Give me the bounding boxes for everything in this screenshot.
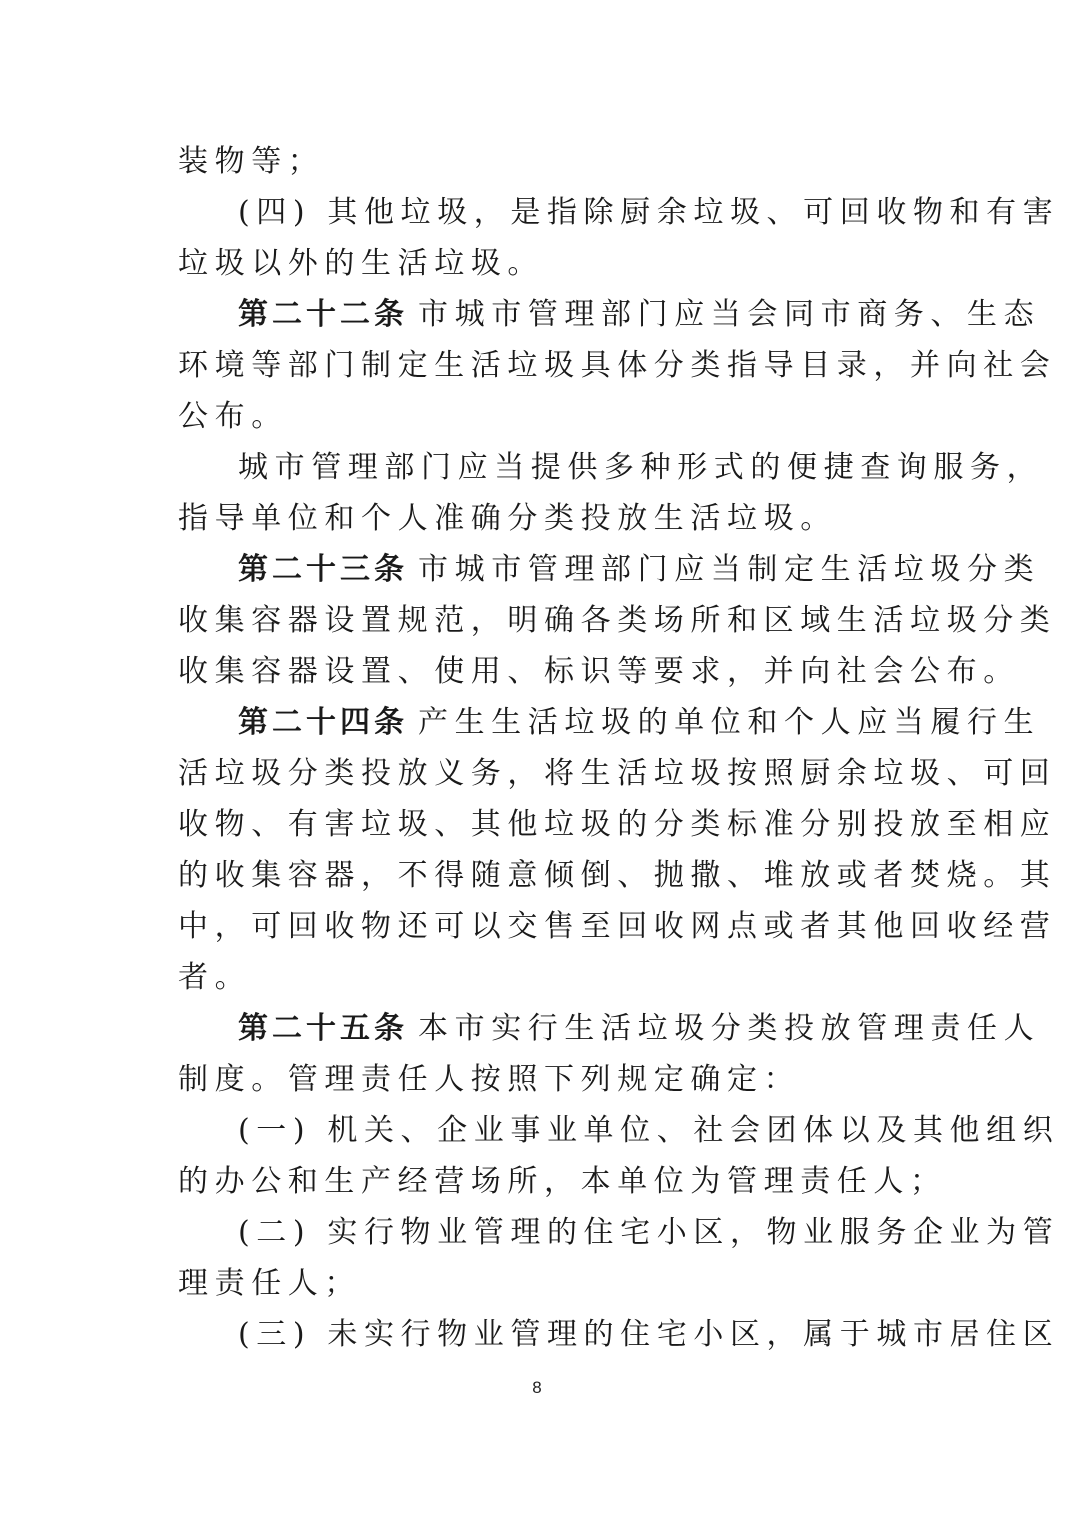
text-line: 产生生活垃圾的单位和个人应当履行生 (418, 705, 1040, 740)
text-line: 收集容器设置、使用、标识等要求，并向社会公布。 (178, 646, 878, 697)
text-line: 者。 (178, 952, 878, 1003)
text-line: 环境等部门制定生活垃圾具体分类指导目录，并向社会 (178, 340, 878, 391)
text-line: 本市实行生活垃圾分类投放管理责任人 (418, 1011, 1040, 1046)
list-item-3: (三) 未实行物业管理的住宅小区，属于城市居住区 (238, 1309, 938, 1360)
page-number: 8 (0, 1378, 1074, 1398)
text-line: 公布。 (178, 391, 878, 442)
list-item-2: (二) 实行物业管理的住宅小区，物业服务企业为管 (238, 1207, 938, 1258)
list-item-4: (四) 其他垃圾，是指除厨余垃圾、可回收物和有害 (238, 187, 938, 238)
article-number: 第二十五条 (238, 1011, 408, 1046)
text-line: 的收集容器，不得随意倾倒、抛撒、堆放或者焚烧。其 (178, 850, 878, 901)
text-line: 收物、有害垃圾、其他垃圾的分类标准分别投放至相应 (178, 799, 878, 850)
article-22: 第二十二条市城市管理部门应当会同市商务、生态 (238, 289, 938, 340)
text-line: 理责任人； (178, 1258, 878, 1309)
text-line: 活垃圾分类投放义务，将生活垃圾按照厨余垃圾、可回 (178, 748, 878, 799)
article-25: 第二十五条本市实行生活垃圾分类投放管理责任人 (238, 1003, 938, 1054)
text-line: 市城市管理部门应当会同市商务、生态 (418, 297, 1040, 332)
text-line: 装物等； (178, 136, 878, 187)
article-23: 第二十三条市城市管理部门应当制定生活垃圾分类 (238, 544, 938, 595)
text-line: 垃圾以外的生活垃圾。 (178, 238, 878, 289)
document-page: 装物等； (四) 其他垃圾，是指除厨余垃圾、可回收物和有害 垃圾以外的生活垃圾。… (0, 0, 1074, 1520)
article-24: 第二十四条产生生活垃圾的单位和个人应当履行生 (238, 697, 938, 748)
article-number: 第二十二条 (238, 297, 408, 332)
article-number: 第二十四条 (238, 705, 408, 740)
text-line: 制度。管理责任人按照下列规定确定： (178, 1054, 878, 1105)
text-line: 市城市管理部门应当制定生活垃圾分类 (418, 552, 1040, 587)
article-number: 第二十三条 (238, 552, 408, 587)
text-line: 中，可回收物还可以交售至回收网点或者其他回收经营 (178, 901, 878, 952)
paragraph: 城市管理部门应当提供多种形式的便捷查询服务， (238, 442, 938, 493)
text-line: 指导单位和个人准确分类投放生活垃圾。 (178, 493, 878, 544)
list-item-1: (一) 机关、企业事业单位、社会团体以及其他组织 (238, 1105, 938, 1156)
text-line: 的办公和生产经营场所，本单位为管理责任人； (178, 1156, 878, 1207)
text-line: 收集容器设置规范，明确各类场所和区域生活垃圾分类 (178, 595, 878, 646)
